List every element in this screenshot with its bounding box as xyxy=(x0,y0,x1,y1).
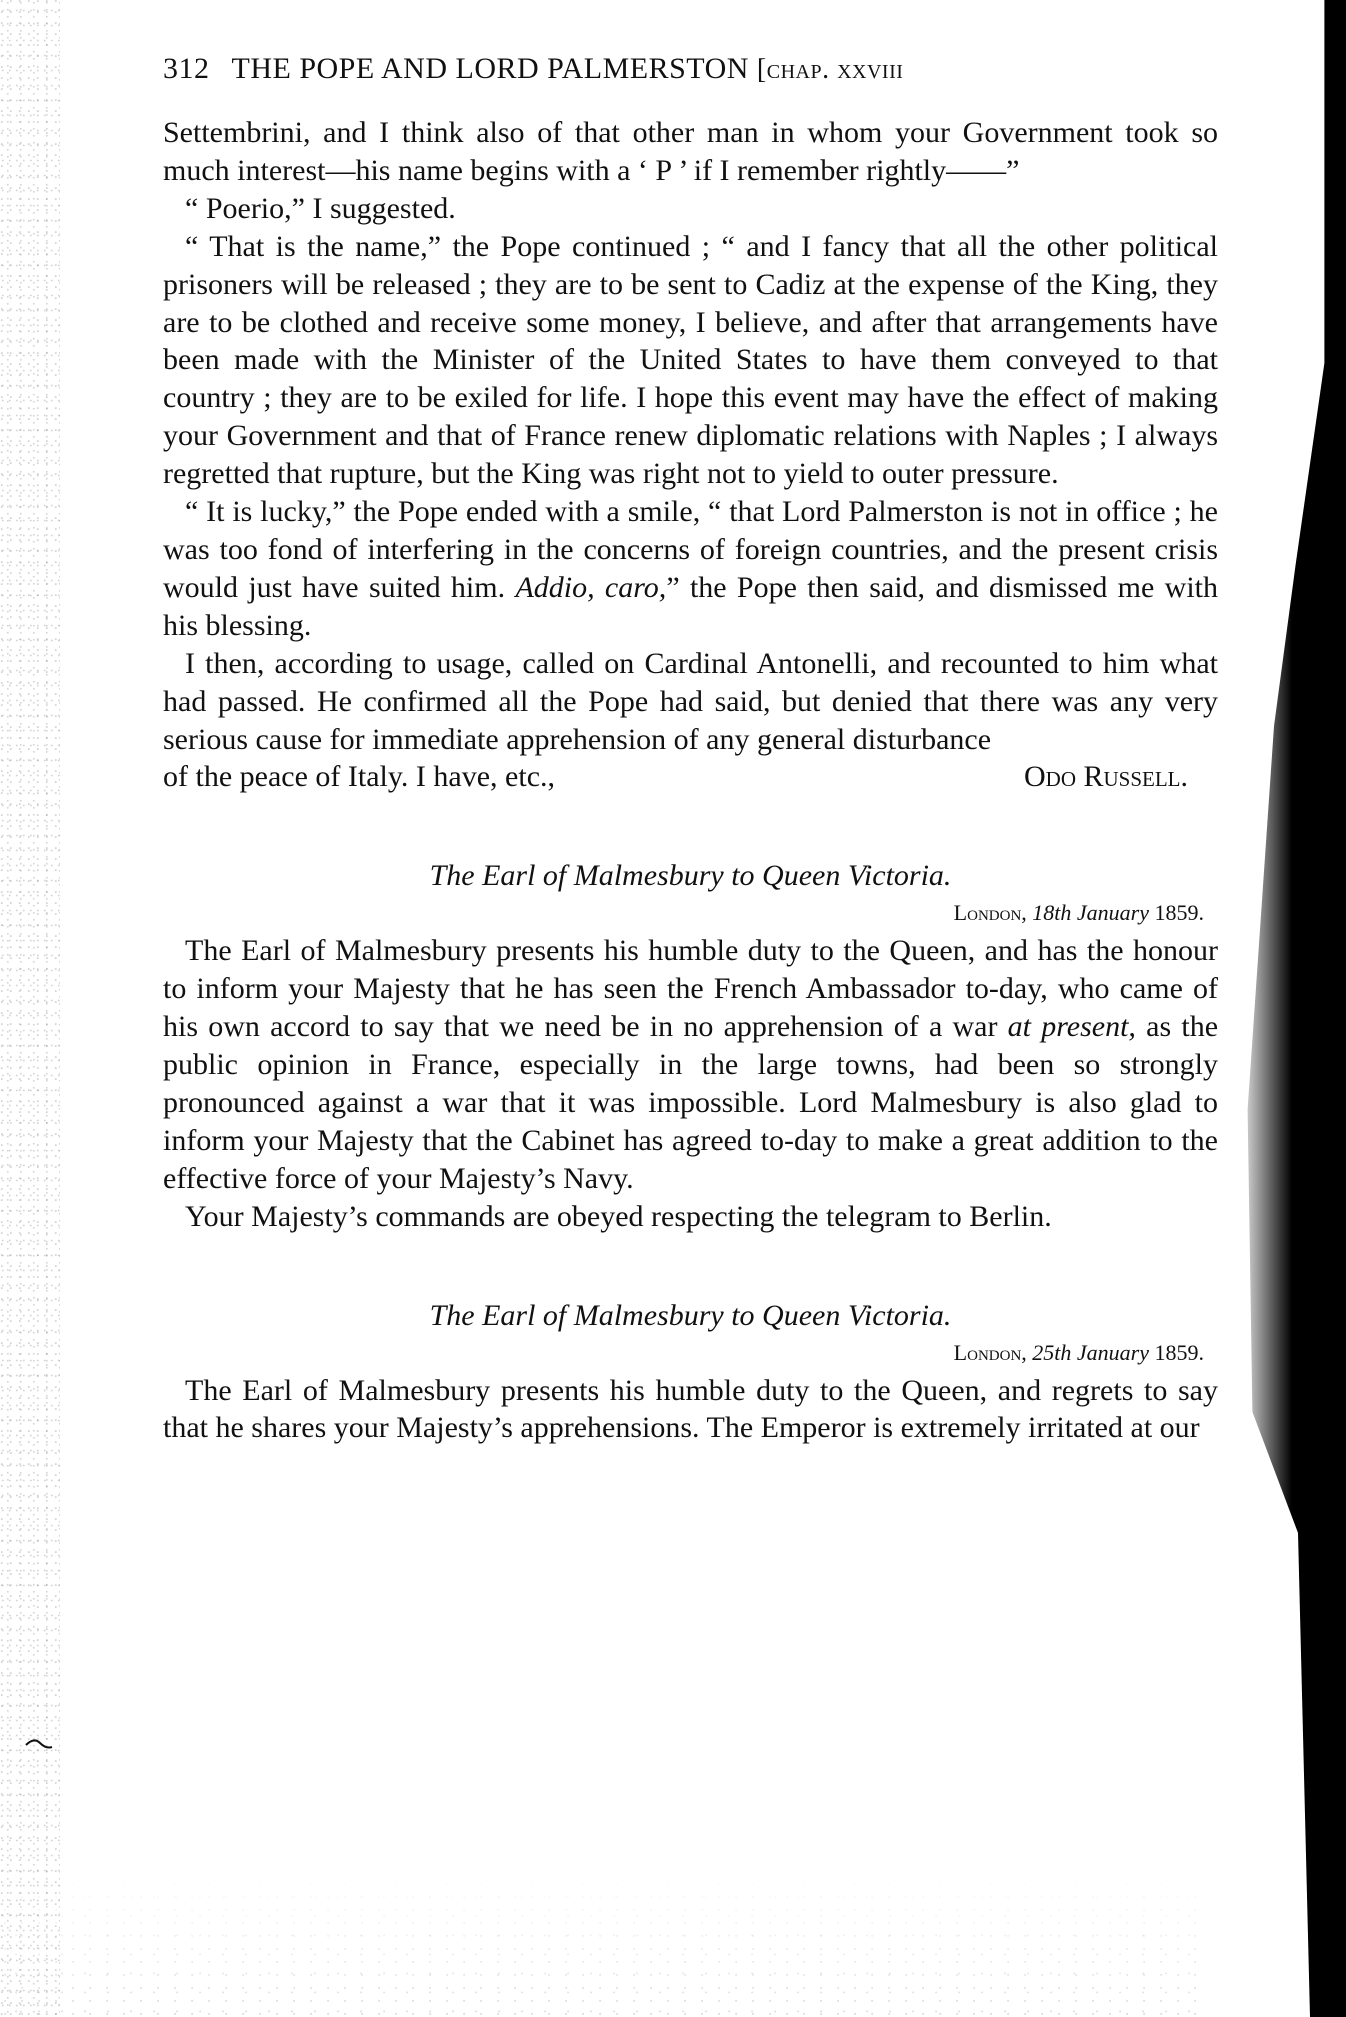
page-number: 312 xyxy=(163,52,210,86)
letter-heading: The Earl of Malmesbury to Queen Victoria… xyxy=(163,854,1218,898)
closing-line: of the peace of Italy. I have, etc., Odo… xyxy=(163,758,1218,796)
dateline-month: January xyxy=(1077,900,1149,925)
dateline-place: London, xyxy=(954,1340,1027,1365)
paragraph: Your Majesty’s commands are obeyed respe… xyxy=(163,1198,1218,1236)
dateline-month: January xyxy=(1077,1340,1149,1365)
italic-phrase: at present, xyxy=(1008,1010,1136,1043)
dateline: London, 18th January 1859. xyxy=(163,898,1218,932)
signature: Odo Russell. xyxy=(1024,758,1188,796)
book-page: 312 THE POPE AND LORD PALMERSTON [chap. … xyxy=(0,0,1346,2017)
scan-speckle-bottom xyxy=(0,1867,1200,2017)
dateline-place: London, xyxy=(954,900,1027,925)
text-block: 312 THE POPE AND LORD PALMERSTON [chap. … xyxy=(163,52,1218,1447)
binding-shadow xyxy=(1226,0,1346,2017)
dateline-year: 1859. xyxy=(1155,1340,1205,1365)
letter-heading: The Earl of Malmesbury to Queen Victoria… xyxy=(163,1294,1218,1338)
running-title: THE POPE AND LORD PALMERSTON xyxy=(232,52,749,86)
scan-speckle-left xyxy=(0,0,60,2017)
margin-mark-icon xyxy=(24,1737,54,1751)
running-head: 312 THE POPE AND LORD PALMERSTON [chap. … xyxy=(163,52,1218,98)
dateline-year: 1859. xyxy=(1155,900,1205,925)
paragraph: I then, according to usage, called on Ca… xyxy=(163,645,1218,759)
dateline-day: 18th xyxy=(1032,900,1071,925)
closing-text: of the peace of Italy. I have, etc., xyxy=(163,758,555,796)
dateline: London, 25th January 1859. xyxy=(163,1338,1218,1372)
paragraph: The Earl of Malmesbury presents his humb… xyxy=(163,1372,1218,1448)
italic-phrase: Addio, caro, xyxy=(515,571,666,604)
dateline-day: 25th xyxy=(1032,1340,1071,1365)
paragraph: Settembrini, and I think also of that ot… xyxy=(163,114,1218,190)
chapter-marker: [chap. xxviii xyxy=(757,54,903,86)
paragraph: “ Poerio,” I suggested. xyxy=(163,190,1218,228)
paragraph: “ That is the name,” the Pope continued … xyxy=(163,228,1218,493)
paragraph: “ It is lucky,” the Pope ended with a sm… xyxy=(163,493,1218,645)
paragraph: The Earl of Malmesbury presents his humb… xyxy=(163,932,1218,1197)
